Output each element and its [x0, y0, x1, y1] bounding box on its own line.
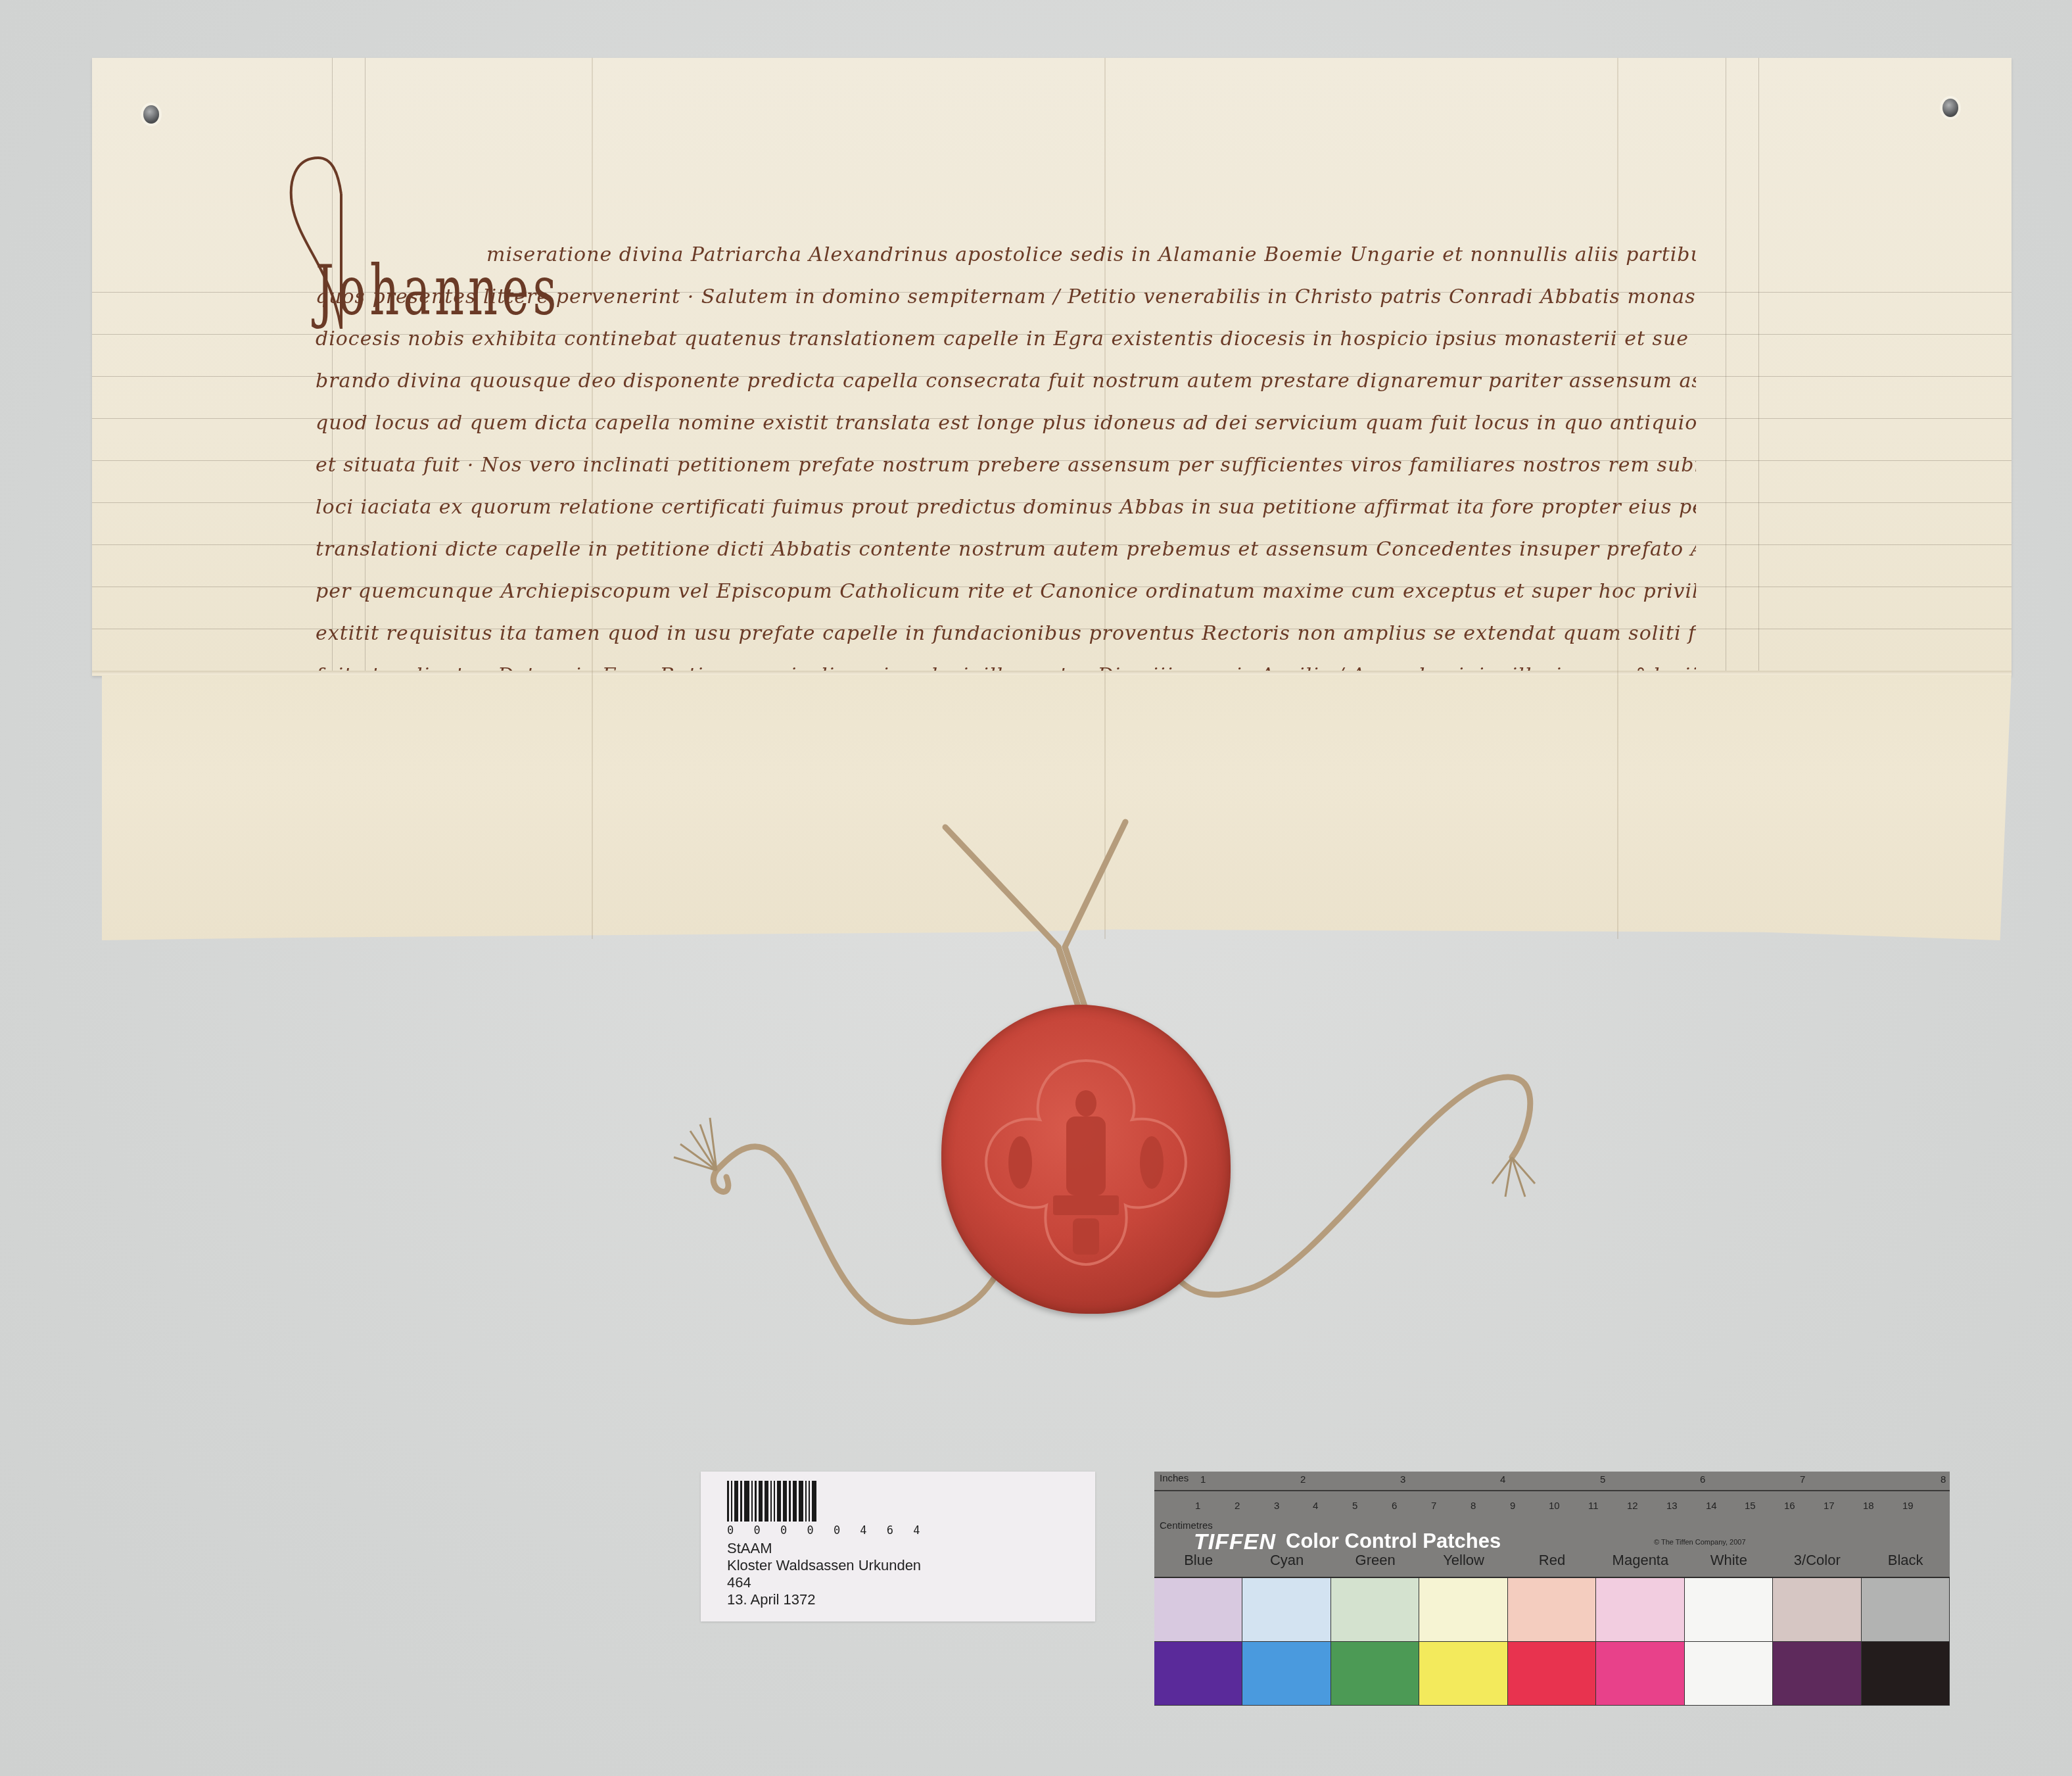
cm-tick: 2 — [1235, 1500, 1240, 1512]
fold-crease — [1617, 58, 1618, 939]
cm-tick: 10 — [1549, 1500, 1560, 1512]
inch-tick: 5 — [1600, 1474, 1605, 1485]
cm-tick: 5 — [1352, 1500, 1357, 1512]
cm-tick: 17 — [1824, 1500, 1835, 1512]
color-control-chart: Inches 1 2 3 4 5 6 7 8 1 2 3 4 5 6 7 8 9… — [1154, 1472, 1950, 1704]
inch-tick: 7 — [1800, 1474, 1805, 1485]
cm-tick: 12 — [1627, 1500, 1638, 1512]
label-number: 464 — [727, 1574, 921, 1591]
cm-tick: 8 — [1471, 1500, 1476, 1512]
patch-name: Yellow — [1419, 1552, 1507, 1575]
label-collection: Kloster Waldsassen Urkunden — [727, 1557, 921, 1574]
inch-ruler: Inches 1 2 3 4 5 6 7 8 — [1154, 1472, 1950, 1491]
inch-tick: 8 — [1941, 1474, 1946, 1485]
margin-line — [1758, 58, 1759, 676]
patch-name: 3/Color — [1773, 1552, 1861, 1575]
chart-copyright: © The Tiffen Company, 2007 — [1654, 1539, 1746, 1547]
patch-name: Red — [1508, 1552, 1596, 1575]
cm-tick: 13 — [1666, 1500, 1678, 1512]
margin-line — [1726, 58, 1726, 676]
cm-tick: 16 — [1784, 1500, 1795, 1512]
color-patch-cyan-light — [1242, 1578, 1330, 1642]
cm-tick: 4 — [1313, 1500, 1318, 1512]
cm-ruler: 1 2 3 4 5 6 7 8 9 10 11 12 13 14 15 16 1… — [1154, 1491, 1950, 1514]
cm-tick: 18 — [1863, 1500, 1874, 1512]
color-patch-black-light — [1862, 1578, 1950, 1642]
color-patch-yellow-light — [1419, 1578, 1507, 1642]
manuscript-line: et situata fuit · Nos vero inclinati pet… — [316, 444, 1696, 487]
archive-label: 0 0 0 0 0 4 6 4 StAAM Kloster Waldsassen… — [701, 1472, 1095, 1621]
inch-tick: 1 — [1200, 1474, 1206, 1485]
cm-tick: 1 — [1195, 1500, 1200, 1512]
manuscript-line: quos presentes littere pervenerint · Sal… — [316, 276, 1696, 318]
inch-tick: 4 — [1500, 1474, 1505, 1485]
barcode-icon — [727, 1481, 818, 1522]
color-patch-magenta-light — [1596, 1578, 1684, 1642]
color-patch-3-color-light — [1773, 1578, 1861, 1642]
cm-tick: 19 — [1902, 1500, 1914, 1512]
manuscript-line: extitit requisitus ita tamen quod in usu… — [316, 613, 1696, 655]
patch-name: Magenta — [1596, 1552, 1684, 1575]
chart-title: Color Control Patches — [1286, 1529, 1501, 1553]
manuscript-line: brando divina quousque deo disponente pr… — [316, 360, 1696, 402]
color-patch-cyan-dark — [1242, 1642, 1330, 1706]
color-patch-blue-dark — [1154, 1642, 1242, 1706]
fold-crease — [592, 58, 593, 939]
patch-name: Blue — [1154, 1552, 1242, 1575]
inch-tick: 3 — [1400, 1474, 1405, 1485]
color-patch-3-color-dark — [1773, 1642, 1861, 1706]
color-patch-yellow-dark — [1419, 1642, 1507, 1706]
mounting-pin-icon — [1942, 99, 1958, 117]
label-date: 13. April 1372 — [727, 1591, 921, 1608]
inches-label: Inches — [1160, 1473, 1189, 1484]
chart-header: Inches 1 2 3 4 5 6 7 8 1 2 3 4 5 6 7 8 9… — [1154, 1472, 1950, 1577]
cm-tick: 7 — [1431, 1500, 1436, 1512]
color-patch-magenta-dark — [1596, 1642, 1684, 1706]
patch-names: Blue Cyan Green Yellow Red Magenta White… — [1154, 1552, 1950, 1575]
mounting-pin-icon — [143, 105, 159, 124]
manuscript-line: per quemcunque Archiepiscopum vel Episco… — [316, 571, 1696, 613]
fold-crease — [1104, 58, 1106, 939]
color-patch-blue-light — [1154, 1578, 1242, 1642]
patch-name: Cyan — [1242, 1552, 1330, 1575]
wax-seal — [941, 1005, 1231, 1314]
cm-tick: 14 — [1706, 1500, 1717, 1512]
cm-tick: 9 — [1510, 1500, 1515, 1512]
parchment-fold-plica — [102, 671, 2012, 940]
color-patch-black-dark — [1862, 1642, 1950, 1706]
manuscript-text: miseratione divina Patriarcha Alexandrin… — [316, 234, 1696, 739]
manuscript-line: loci iaciata ex quorum relatione certifi… — [316, 487, 1696, 529]
cm-tick: 3 — [1274, 1500, 1279, 1512]
cm-tick: 11 — [1588, 1500, 1599, 1512]
barcode-number: 0 0 0 0 0 4 6 4 — [727, 1524, 927, 1537]
color-patch-green-dark — [1331, 1642, 1419, 1706]
cm-tick: 15 — [1745, 1500, 1756, 1512]
patch-name: White — [1685, 1552, 1773, 1575]
fold-crease — [92, 671, 2012, 675]
color-patch-white-light — [1685, 1578, 1773, 1642]
label-archive: StAAM — [727, 1540, 921, 1557]
color-patch-red-light — [1508, 1578, 1596, 1642]
inch-tick: 2 — [1300, 1474, 1306, 1485]
manuscript-line: translationi dicte capelle in petitione … — [316, 529, 1696, 571]
color-patches — [1154, 1577, 1950, 1706]
patch-name: Green — [1331, 1552, 1419, 1575]
inch-tick: 6 — [1700, 1474, 1705, 1485]
cm-tick: 6 — [1392, 1500, 1397, 1512]
patch-name: Black — [1862, 1552, 1950, 1575]
color-patch-green-light — [1331, 1578, 1419, 1642]
manuscript-line: miseratione divina Patriarcha Alexandrin… — [316, 234, 1696, 276]
color-patch-white-dark — [1685, 1642, 1773, 1706]
manuscript-line: diocesis nobis exhibita continebat quate… — [316, 318, 1696, 360]
seal-quatrefoil-icon — [974, 1047, 1198, 1271]
color-patch-red-dark — [1508, 1642, 1596, 1706]
manuscript-line: quod locus ad quem dicta capella nomine … — [316, 402, 1696, 444]
